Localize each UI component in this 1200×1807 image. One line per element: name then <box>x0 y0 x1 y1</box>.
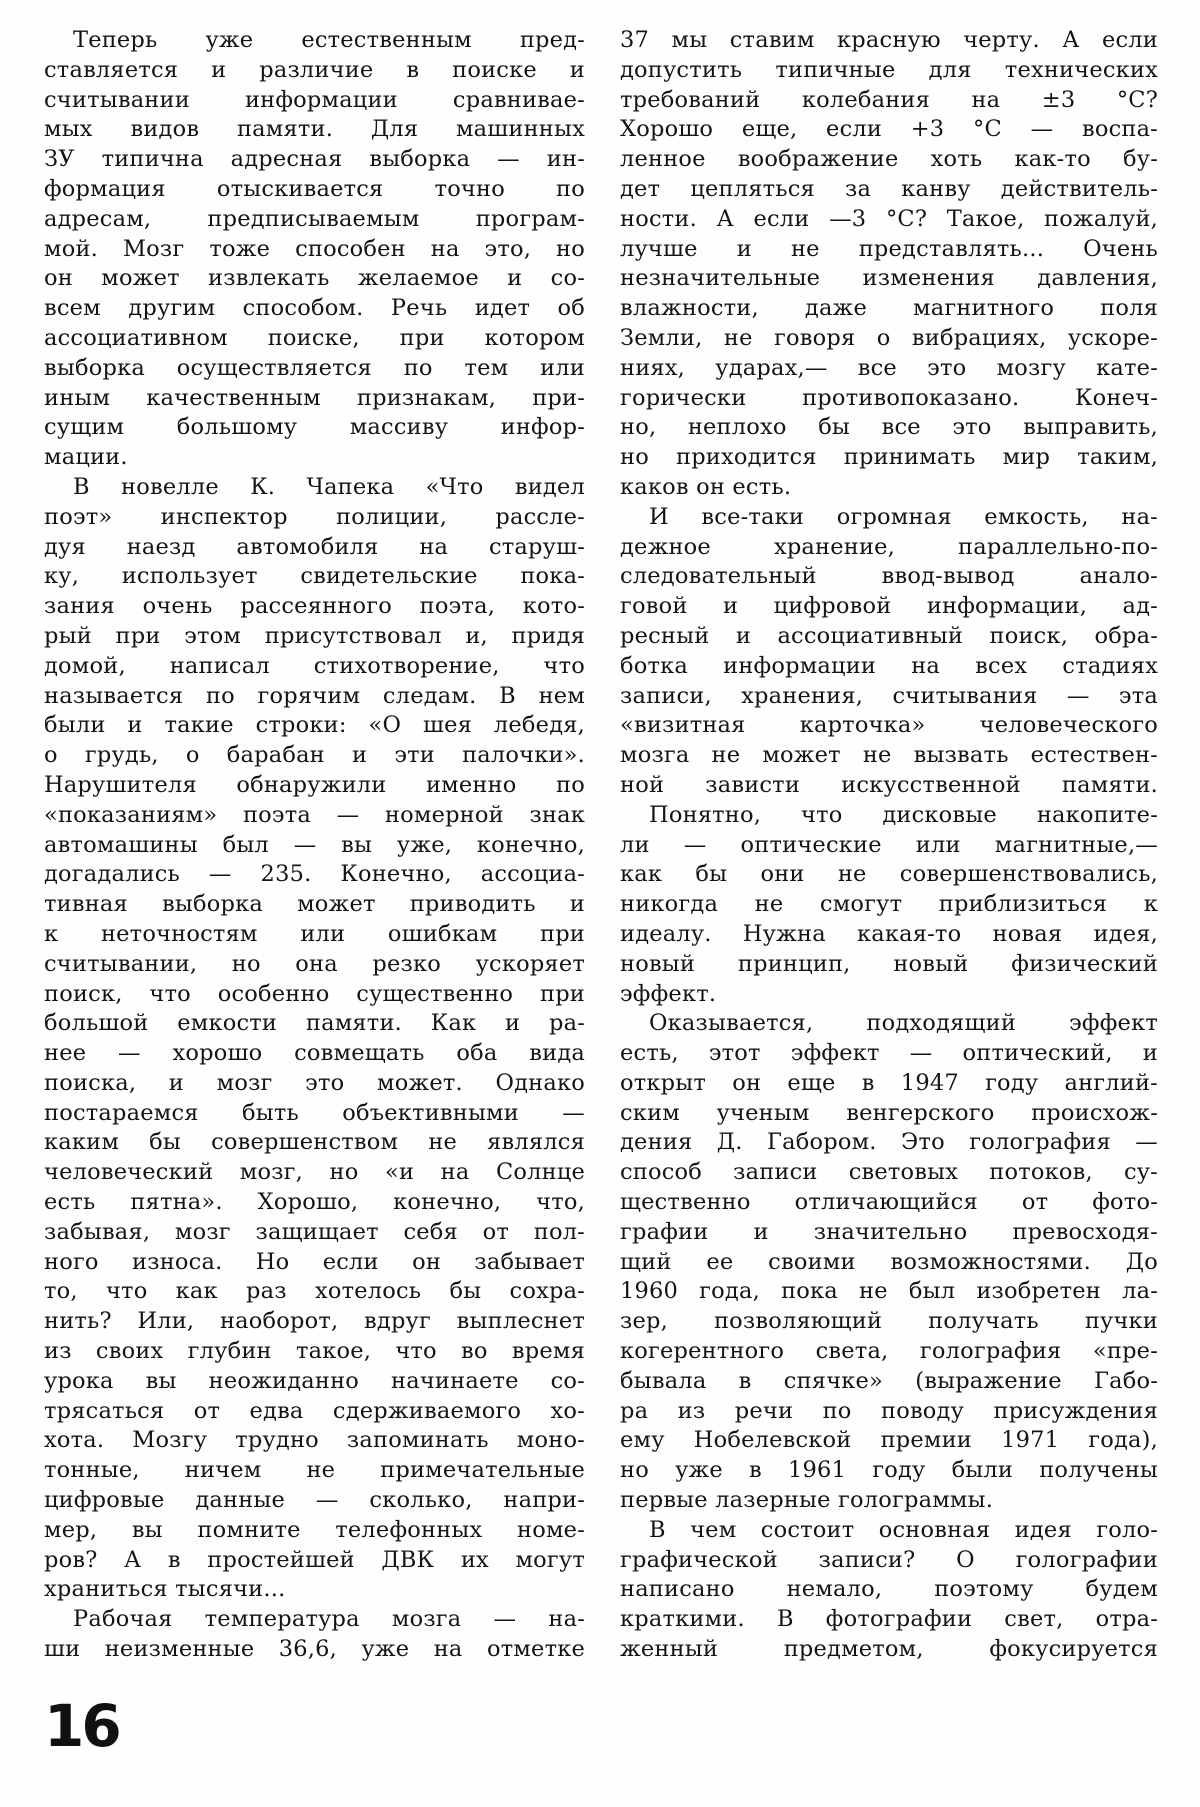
text-line: ресный и ассоциативный поиск, обра- <box>620 622 1158 652</box>
text-line: горически противопоказано. Конеч- <box>620 384 1158 414</box>
text-line: когерентного света, голография «пре- <box>620 1337 1158 1367</box>
left-text-column: Теперь уже естественным пред-ставляется … <box>44 26 585 1665</box>
text-line: дуя наезд автомобиля на старуш- <box>44 533 585 563</box>
text-line: то, что как раз хотелось бы сохра- <box>44 1277 585 1307</box>
text-line: тонные, ничем не примечательные <box>44 1456 585 1486</box>
text-line: ли — оптические или магнитные,— <box>620 831 1158 861</box>
text-line: ставляется и различие в поиске и <box>44 56 585 86</box>
text-line: есть, этот эффект — оптический, и <box>620 1039 1158 1069</box>
text-line: говой и цифровой информации, ад- <box>620 592 1158 622</box>
text-line: сущим большому массиву инфор- <box>44 413 585 443</box>
text-line: Хорошо еще, если +3 °C — воспа- <box>620 115 1158 145</box>
text-line: допустить типичные для технических <box>620 56 1158 86</box>
text-line: были и такие строки: «О шея лебедя, <box>44 711 585 741</box>
text-line: человеческий мозг, но «и на Солнце <box>44 1158 585 1188</box>
text-line: трясаться от едва сдерживаемого хо- <box>44 1397 585 1427</box>
page-number: 16 <box>44 1694 119 1758</box>
text-line: ботка информации на всех стадиях <box>620 652 1158 682</box>
text-line: домой, написал стихотворение, что <box>44 652 585 682</box>
text-line: считывании информации сравнивае- <box>44 86 585 116</box>
text-line: ров? А в простейшей ДВК их могут <box>44 1546 585 1576</box>
text-line: влажности, даже магнитного поля <box>620 294 1158 324</box>
text-line: поэт» инспектор полиции, рассле- <box>44 503 585 533</box>
text-line: ниях, ударах,— все это мозгу кате- <box>620 354 1158 384</box>
text-line: считывании, но она резко ускоряет <box>44 950 585 980</box>
text-line: «показаниям» поэта — номерной знак <box>44 801 585 831</box>
text-line: большой емкости памяти. Как и ра- <box>44 1009 585 1039</box>
text-line: каким бы совершенством не являлся <box>44 1128 585 1158</box>
text-line: он может извлекать желаемое и со- <box>44 264 585 294</box>
text-line: ЗУ типична адресная выборка — ин- <box>44 145 585 175</box>
text-line: формация отыскивается точно по <box>44 175 585 205</box>
text-line: мер, вы помните телефонных номе- <box>44 1516 585 1546</box>
text-line: ским ученым венгерского происхож- <box>620 1099 1158 1129</box>
text-line: забывая, мозг защищает себя от пол- <box>44 1218 585 1248</box>
text-line: написано немало, поэтому будем <box>620 1575 1158 1605</box>
text-line: к неточностям или ошибкам при <box>44 920 585 950</box>
text-line: адресам, предписываемым програм- <box>44 205 585 235</box>
text-line: Рабочая температура мозга — на- <box>44 1605 585 1635</box>
text-line: называется по горячим следам. В нем <box>44 682 585 712</box>
text-line: каков он есть. <box>620 473 1158 503</box>
text-line: но уже в 1961 году были получены <box>620 1456 1158 1486</box>
text-line: поиск, что особенно существенно при <box>44 980 585 1010</box>
text-line: нее — хорошо совмещать оба вида <box>44 1039 585 1069</box>
text-line: но приходится принимать мир таким, <box>620 443 1158 473</box>
text-line: женный предметом, фокусируется <box>620 1635 1158 1665</box>
text-line: графии и значительно превосходя- <box>620 1218 1158 1248</box>
text-line: ной зависти искусственной памяти. <box>620 771 1158 801</box>
text-line: В чем состоит основная идея голо- <box>620 1516 1158 1546</box>
text-line: «визитная карточка» человеческого <box>620 711 1158 741</box>
right-text-column: 37 мы ставим красную черту. А еслидопуст… <box>620 26 1158 1665</box>
text-line: графической записи? О голографии <box>620 1546 1158 1576</box>
text-line: ку, использует свидетельские пока- <box>44 562 585 592</box>
text-line: следовательный ввод-вывод анало- <box>620 562 1158 592</box>
text-line: мой. Мозг тоже способен на это, но <box>44 235 585 265</box>
text-line: И все-таки огромная емкость, на- <box>620 503 1158 533</box>
text-line: хота. Мозгу трудно запоминать моно- <box>44 1426 585 1456</box>
text-line: ши неизменные 36,6, уже на отметке <box>44 1635 585 1665</box>
text-line: мации. <box>44 443 585 473</box>
text-line: эффект. <box>620 980 1158 1010</box>
text-line: дения Д. Габором. Это голография — <box>620 1128 1158 1158</box>
text-line: щественно отличающийся от фото- <box>620 1188 1158 1218</box>
text-line: Земли, не говоря о вибрациях, ускоре- <box>620 324 1158 354</box>
text-line: лучше и не представлять... Очень <box>620 235 1158 265</box>
text-line: о грудь, о барабан и эти палочки». <box>44 741 585 771</box>
text-line: поиска, и мозг это может. Однако <box>44 1069 585 1099</box>
text-line: Теперь уже естественным пред- <box>44 26 585 56</box>
text-line: никогда не смогут приблизиться к <box>620 890 1158 920</box>
text-line: краткими. В фотографии свет, отра- <box>620 1605 1158 1635</box>
text-line: выборка осуществляется по тем или <box>44 354 585 384</box>
text-line: Оказывается, подходящий эффект <box>620 1009 1158 1039</box>
text-line: всем другим способом. Речь идет об <box>44 294 585 324</box>
text-line: незначительные изменения давления, <box>620 264 1158 294</box>
text-line: 1960 года, пока не был изобретен ла- <box>620 1277 1158 1307</box>
text-line: догадались — 235. Конечно, ассоциа- <box>44 860 585 890</box>
text-line: зания очень рассеянного поэта, кото- <box>44 592 585 622</box>
text-line: В новелле К. Чапека «Что видел <box>44 473 585 503</box>
text-line: иным качественным признакам, при- <box>44 384 585 414</box>
text-line: записи, хранения, считывания — эта <box>620 682 1158 712</box>
text-line: требований колебания на ±3 °C? <box>620 86 1158 116</box>
text-line: открыт он еще в 1947 году англий- <box>620 1069 1158 1099</box>
text-line: ра из речи по поводу присуждения <box>620 1397 1158 1427</box>
text-line: щий ее своими возможностями. До <box>620 1248 1158 1278</box>
text-line: но, неплохо бы все это выправить, <box>620 413 1158 443</box>
text-line: мых видов памяти. Для машинных <box>44 115 585 145</box>
text-line: зер, позволяющий получать пучки <box>620 1307 1158 1337</box>
text-line: первые лазерные голограммы. <box>620 1486 1158 1516</box>
text-line: способ записи световых потоков, су- <box>620 1158 1158 1188</box>
text-line: храниться тысячи... <box>44 1575 585 1605</box>
text-line: урока вы неожиданно начинаете со- <box>44 1367 585 1397</box>
text-line: 37 мы ставим красную черту. А если <box>620 26 1158 56</box>
text-line: автомашины был — вы уже, конечно, <box>44 831 585 861</box>
text-line: постараемся быть объективными — <box>44 1099 585 1129</box>
text-line: нить? Или, наоборот, вдруг выплеснет <box>44 1307 585 1337</box>
text-line: бывала в спячке» (выражение Габо- <box>620 1367 1158 1397</box>
text-line: ности. А если —3 °C? Такое, пожалуй, <box>620 205 1158 235</box>
text-line: из своих глубин такое, что во время <box>44 1337 585 1367</box>
text-line: Нарушителя обнаружили именно по <box>44 771 585 801</box>
text-line: рый при этом присутствовал и, придя <box>44 622 585 652</box>
text-line: как бы они не совершенствовались, <box>620 860 1158 890</box>
text-line: ного износа. Но если он забывает <box>44 1248 585 1278</box>
text-line: новый принцип, новый физический <box>620 950 1158 980</box>
text-line: тивная выборка может приводить и <box>44 890 585 920</box>
text-line: ленное воображение хоть как-то бу- <box>620 145 1158 175</box>
text-line: идеалу. Нужна какая-то новая идея, <box>620 920 1158 950</box>
text-line: Понятно, что дисковые накопите- <box>620 801 1158 831</box>
text-line: ему Нобелевской премии 1971 года), <box>620 1426 1158 1456</box>
text-line: цифровые данные — сколько, напри- <box>44 1486 585 1516</box>
text-line: есть пятна». Хорошо, конечно, что, <box>44 1188 585 1218</box>
text-line: дежное хранение, параллельно-по- <box>620 533 1158 563</box>
text-line: дет цепляться за канву действитель- <box>620 175 1158 205</box>
book-page: Теперь уже естественным пред-ставляется … <box>0 0 1200 1807</box>
text-line: мозга не может не вызвать естествен- <box>620 741 1158 771</box>
text-line: ассоциативном поиске, при котором <box>44 324 585 354</box>
